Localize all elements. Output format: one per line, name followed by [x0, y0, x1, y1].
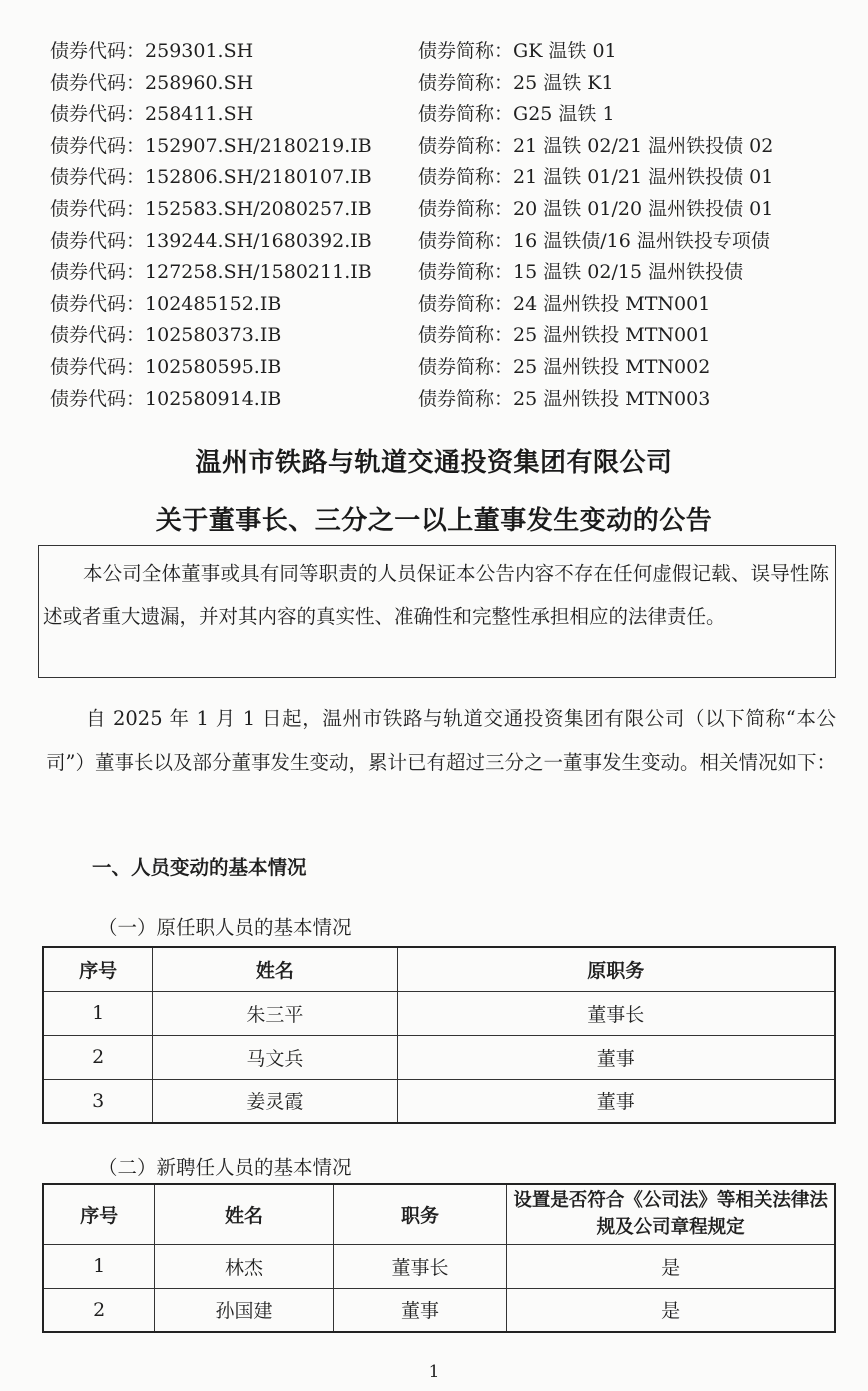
bond-code-label: 债券代码： [50, 198, 145, 220]
bond-code: 债券代码：102580595.IB [50, 352, 418, 384]
bond-name-label: 债券简称： [418, 72, 513, 94]
bond-name: 债券简称：25 温州铁投 MTN003 [418, 384, 840, 416]
cell-index: 1 [43, 1244, 155, 1288]
bond-code-value: 152806.SH/2180107.IB [145, 166, 372, 188]
cell-index: 3 [43, 1079, 153, 1123]
bond-name-value: GK 温铁 01 [513, 40, 617, 62]
table-row: 1 林杰 董事长 是 [43, 1244, 835, 1288]
bond-code: 债券代码：102485152.IB [50, 289, 418, 321]
bond-code-label: 债券代码： [50, 40, 145, 62]
bond-code-label: 债券代码： [50, 293, 145, 315]
bond-name: 债券简称：G25 温铁 1 [418, 99, 840, 131]
bond-code-label: 债券代码： [50, 230, 145, 252]
bond-code: 债券代码：259301.SH [50, 36, 418, 68]
header-compliance: 设置是否符合《公司法》等相关法律法规及公司章程规定 [507, 1184, 835, 1244]
bond-row: 债券代码：258411.SH 债券简称：G25 温铁 1 [50, 99, 840, 131]
bond-code-value: 139244.SH/1680392.IB [145, 230, 372, 252]
bond-name: 债券简称：GK 温铁 01 [418, 36, 840, 68]
bond-code-value: 258411.SH [145, 103, 253, 125]
bond-name-label: 债券简称： [418, 166, 513, 188]
cell-index: 1 [43, 991, 153, 1035]
table-row: 1 朱三平 董事长 [43, 991, 835, 1035]
bond-list: 债券代码：259301.SH 债券简称：GK 温铁 01 债券代码：258960… [50, 36, 840, 415]
bond-name-value: 21 温铁 02/21 温州铁投债 02 [513, 135, 773, 157]
bond-code-label: 债券代码： [50, 261, 145, 283]
cell-name: 姜灵霞 [153, 1079, 397, 1123]
bond-row: 债券代码：139244.SH/1680392.IB 债券简称：16 温铁债/16… [50, 226, 840, 258]
header-former-position: 原职务 [397, 947, 835, 991]
table-row: 2 孙国建 董事 是 [43, 1288, 835, 1332]
intro-paragraph: 自 2025 年 1 月 1 日起，温州市铁路与轨道交通投资集团有限公司（以下简… [46, 697, 836, 784]
bond-name-value: 16 温铁债/16 温州铁投专项债 [513, 230, 770, 252]
bond-code-label: 债券代码： [50, 103, 145, 125]
table-row: 3 姜灵霞 董事 [43, 1079, 835, 1123]
bond-code-value: 102485152.IB [145, 293, 281, 315]
bond-name: 债券简称：25 温州铁投 MTN002 [418, 352, 840, 384]
bond-row: 债券代码：102580914.IB 债券简称：25 温州铁投 MTN003 [50, 384, 840, 416]
bond-code: 债券代码：139244.SH/1680392.IB [50, 226, 418, 258]
bond-code-label: 债券代码： [50, 388, 145, 410]
table-row: 2 马文兵 董事 [43, 1035, 835, 1079]
bond-name: 债券简称：21 温铁 01/21 温州铁投债 01 [418, 162, 840, 194]
bond-name-value: 15 温铁 02/15 温州铁投债 [513, 261, 743, 283]
bond-code-label: 债券代码： [50, 166, 145, 188]
bond-code: 债券代码：258960.SH [50, 68, 418, 100]
bond-code: 债券代码：127258.SH/1580211.IB [50, 257, 418, 289]
bond-code: 债券代码：102580373.IB [50, 320, 418, 352]
bond-code: 债券代码：258411.SH [50, 99, 418, 131]
bond-code: 债券代码：152907.SH/2180219.IB [50, 131, 418, 163]
bond-name: 债券简称：24 温州铁投 MTN001 [418, 289, 840, 321]
bond-name-value: 20 温铁 01/20 温州铁投债 01 [513, 198, 773, 220]
bond-code-label: 债券代码： [50, 135, 145, 157]
bond-code: 债券代码：152583.SH/2080257.IB [50, 194, 418, 226]
new-personnel-table: 序号 姓名 职务 设置是否符合《公司法》等相关法律法规及公司章程规定 1 林杰 … [42, 1183, 836, 1333]
former-personnel-table: 序号 姓名 原职务 1 朱三平 董事长 2 马文兵 董事 3 姜灵霞 董事 [42, 946, 836, 1124]
bond-code: 债券代码：152806.SH/2180107.IB [50, 162, 418, 194]
bond-row: 债券代码：259301.SH 债券简称：GK 温铁 01 [50, 36, 840, 68]
announcement-title: 关于董事长、三分之一以上董事发生变动的公告 [0, 500, 868, 537]
header-index: 序号 [43, 947, 153, 991]
bond-name: 债券简称：15 温铁 02/15 温州铁投债 [418, 257, 840, 289]
bond-code-value: 152583.SH/2080257.IB [145, 198, 372, 220]
bond-name-label: 债券简称： [418, 198, 513, 220]
bond-code-label: 债券代码： [50, 324, 145, 346]
bond-row: 债券代码：152806.SH/2180107.IB 债券简称：21 温铁 01/… [50, 162, 840, 194]
bond-name-value: 24 温州铁投 MTN001 [513, 293, 710, 315]
bond-row: 债券代码：152583.SH/2080257.IB 债券简称：20 温铁 01/… [50, 194, 840, 226]
bond-code-value: 152907.SH/2180219.IB [145, 135, 372, 157]
bond-code-value: 259301.SH [145, 40, 253, 62]
bond-name-label: 债券简称： [418, 324, 513, 346]
cell-compliance: 是 [507, 1244, 835, 1288]
bond-row: 债券代码：152907.SH/2180219.IB 债券简称：21 温铁 02/… [50, 131, 840, 163]
bond-name-label: 债券简称： [418, 135, 513, 157]
bond-name: 债券简称：25 温州铁投 MTN001 [418, 320, 840, 352]
bond-row: 债券代码：102485152.IB 债券简称：24 温州铁投 MTN001 [50, 289, 840, 321]
bond-name-value: 25 温铁 K1 [513, 72, 614, 94]
bond-name-label: 债券简称： [418, 356, 513, 378]
cell-compliance: 是 [507, 1288, 835, 1332]
bond-code-value: 102580595.IB [145, 356, 281, 378]
bond-name-value: 21 温铁 01/21 温州铁投债 01 [513, 166, 773, 188]
bond-code-label: 债券代码： [50, 72, 145, 94]
bond-name: 债券简称：25 温铁 K1 [418, 68, 840, 100]
bond-code-value: 258960.SH [145, 72, 253, 94]
bond-name-value: 25 温州铁投 MTN001 [513, 324, 710, 346]
bond-name-label: 债券简称： [418, 40, 513, 62]
bond-name-label: 债券简称： [418, 293, 513, 315]
page-number: 1 [0, 1362, 868, 1382]
bond-name-label: 债券简称： [418, 388, 513, 410]
bond-code: 债券代码：102580914.IB [50, 384, 418, 416]
bond-code-value: 127258.SH/1580211.IB [145, 261, 372, 283]
cell-name: 马文兵 [153, 1035, 397, 1079]
bond-name: 债券简称：16 温铁债/16 温州铁投专项债 [418, 226, 840, 258]
table-header-row: 序号 姓名 职务 设置是否符合《公司法》等相关法律法规及公司章程规定 [43, 1184, 835, 1244]
bond-row: 债券代码：258960.SH 债券简称：25 温铁 K1 [50, 68, 840, 100]
cell-position: 董事长 [397, 991, 835, 1035]
disclaimer-box: 本公司全体董事或具有同等职责的人员保证本公告内容不存在任何虚假记载、误导性陈述或… [38, 545, 836, 678]
bond-code-label: 债券代码： [50, 356, 145, 378]
header-name: 姓名 [153, 947, 397, 991]
header-index: 序号 [43, 1184, 155, 1244]
bond-name-value: G25 温铁 1 [513, 103, 615, 125]
bond-name-label: 债券简称： [418, 261, 513, 283]
cell-name: 孙国建 [155, 1288, 334, 1332]
cell-name: 朱三平 [153, 991, 397, 1035]
bond-name: 债券简称：20 温铁 01/20 温州铁投债 01 [418, 194, 840, 226]
cell-index: 2 [43, 1288, 155, 1332]
bond-name: 债券简称：21 温铁 02/21 温州铁投债 02 [418, 131, 840, 163]
bond-row: 债券代码：127258.SH/1580211.IB 债券简称：15 温铁 02/… [50, 257, 840, 289]
header-name: 姓名 [155, 1184, 334, 1244]
company-title: 温州市铁路与轨道交通投资集团有限公司 [0, 442, 868, 479]
bond-name-label: 债券简称： [418, 230, 513, 252]
header-position: 职务 [333, 1184, 507, 1244]
cell-position: 董事 [397, 1035, 835, 1079]
table-header-row: 序号 姓名 原职务 [43, 947, 835, 991]
bond-name-value: 25 温州铁投 MTN003 [513, 388, 710, 410]
cell-index: 2 [43, 1035, 153, 1079]
bond-code-value: 102580914.IB [145, 388, 281, 410]
section-heading: 一、人员变动的基本情况 [92, 852, 307, 880]
former-personnel-heading: （一）原任职人员的基本情况 [98, 912, 352, 940]
cell-position: 董事 [333, 1288, 507, 1332]
bond-name-value: 25 温州铁投 MTN002 [513, 356, 710, 378]
bond-name-label: 债券简称： [418, 103, 513, 125]
cell-name: 林杰 [155, 1244, 334, 1288]
cell-position: 董事 [397, 1079, 835, 1123]
bond-row: 债券代码：102580373.IB 债券简称：25 温州铁投 MTN001 [50, 320, 840, 352]
new-personnel-heading: （二）新聘任人员的基本情况 [98, 1152, 352, 1180]
bond-row: 债券代码：102580595.IB 债券简称：25 温州铁投 MTN002 [50, 352, 840, 384]
cell-position: 董事长 [333, 1244, 507, 1288]
bond-code-value: 102580373.IB [145, 324, 281, 346]
